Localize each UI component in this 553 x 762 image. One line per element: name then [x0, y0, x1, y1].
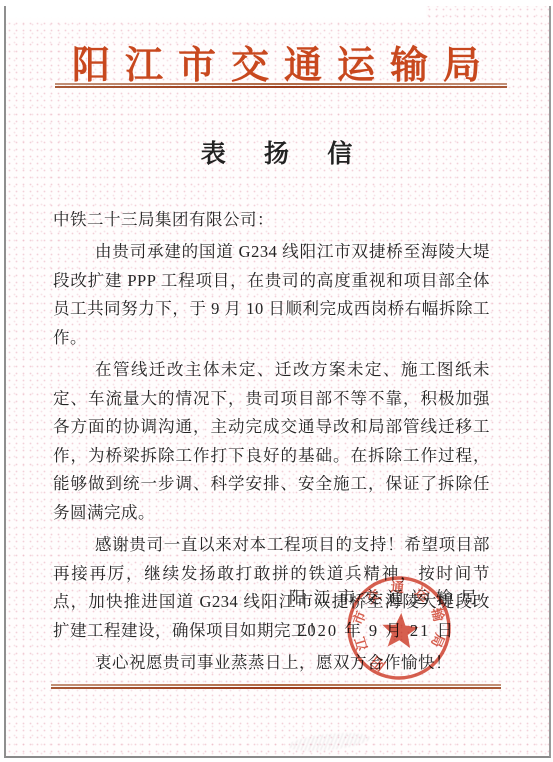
scan-highlight [6, 6, 426, 24]
signature-date: 2020 年 9 月 21 日 [297, 617, 455, 641]
paragraph-2: 在管线迁改主体未定、迁改方案未定、施工图纸未定、车流量大的情况下，贵司项目部不等… [53, 356, 490, 527]
footer-double-rule [51, 684, 501, 690]
document-title: 表 扬 信 [0, 134, 553, 170]
signature-org-name: 阳江市交通运输局 [289, 584, 485, 608]
header-double-rule [55, 83, 507, 89]
scanned-letter-page: 阳江市交通运输局 表 扬 信 中铁二十三局集团有限公司： 由贵司承建的国道 G2… [0, 0, 553, 762]
salutation: 中铁二十三局集团有限公司： [53, 206, 490, 234]
rule-bottom-line [55, 86, 507, 88]
paragraph-4: 衷心祝愿贵司事业蒸蒸日上，愿双方合作愉快！ [53, 649, 490, 678]
paragraph-1: 由贵司承建的国道 G234 线阳江市双捷桥至海陵大堤段改扩建 PPP 工程项目，… [53, 238, 490, 352]
org-header-title: 阳江市交通运输局 [0, 34, 553, 89]
rule-bottom-line [51, 687, 501, 689]
